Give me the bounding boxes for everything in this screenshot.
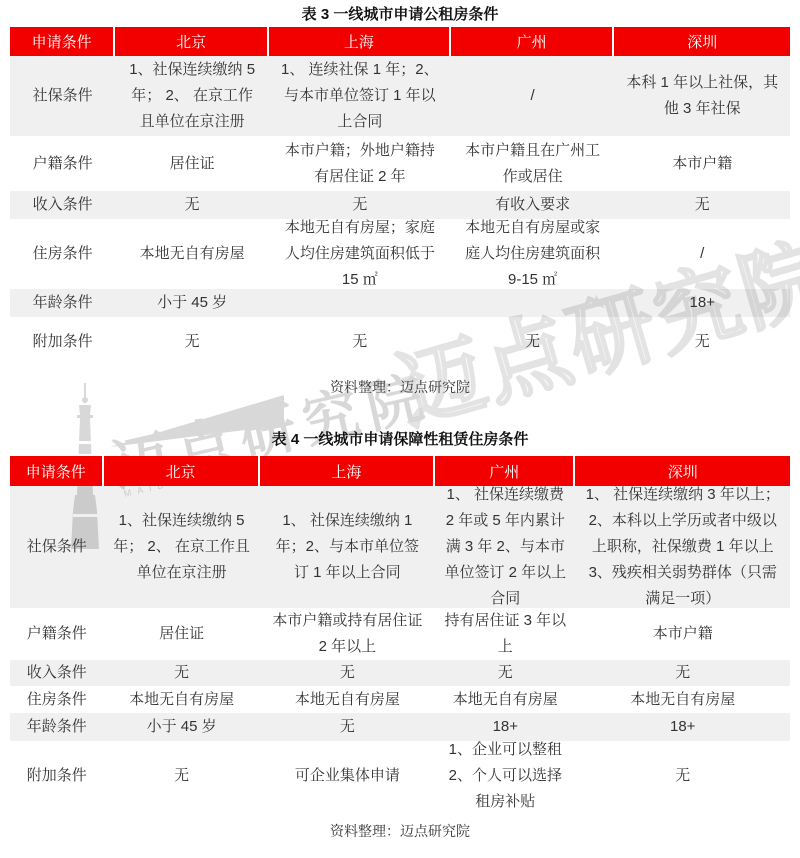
table-cell: 无 xyxy=(104,741,260,811)
table-3-title: 表 3 一线城市申请公租房条件 xyxy=(10,6,790,24)
table-cell: 无 xyxy=(115,191,269,219)
table-cell: 居住证 xyxy=(104,608,260,660)
table-cell: 无 xyxy=(115,317,269,367)
table-cell: 居住证 xyxy=(115,136,269,191)
table-cell: 本地无自有房屋；家庭人均住房建筑面积低于 15 ㎡ xyxy=(269,219,451,289)
table-cell: 本地无自有房屋或家庭人均住房建筑面积 9-15 ㎡ xyxy=(451,219,615,289)
column-header: 深圳 xyxy=(614,27,790,56)
table-cell: 本市户籍；外地户籍持有居住证 2 年 xyxy=(269,136,451,191)
row-label: 住房条件 xyxy=(10,219,115,289)
table-cell: 本科 1 年以上社保，其他 3 年社保 xyxy=(614,56,790,136)
column-header: 上海 xyxy=(260,456,436,486)
table-cell xyxy=(269,289,451,317)
table-cell: 无 xyxy=(614,317,790,367)
table-4-source: 资料整理：迈点研究院 xyxy=(10,811,790,841)
row-label: 社保条件 xyxy=(10,486,104,608)
table-cell: 1、 连续社保 1 年；2、 与本市单位签订 1 年以上合同 xyxy=(269,56,451,136)
table-cell: 本地无自有房屋 xyxy=(575,686,790,713)
row-label: 社保条件 xyxy=(10,56,115,136)
row-label: 户籍条件 xyxy=(10,608,104,660)
table-cell: 1、 社保连续缴纳 3 年以上； 2、本科以上学历或者中级以上职称，社保缴费 1… xyxy=(575,486,790,608)
table-cell: 无 xyxy=(575,660,790,686)
table-cell: 无 xyxy=(575,741,790,811)
table-4-title: 表 4 一线城市申请保障性租赁住房条件 xyxy=(10,431,790,449)
table-cell: 小于 45 岁 xyxy=(104,713,260,741)
column-header: 申请条件 xyxy=(10,456,104,486)
table-cell: 18+ xyxy=(614,289,790,317)
table-cell: 本地无自有房屋 xyxy=(260,686,436,713)
table-cell: 1、社保连续缴纳 5 年； 2、 在京工作且单位在京注册 xyxy=(115,56,269,136)
table-cell: 无 xyxy=(614,191,790,219)
table-cell: 本地无自有房屋 xyxy=(435,686,575,713)
column-header: 申请条件 xyxy=(10,27,115,56)
row-label: 年龄条件 xyxy=(10,289,115,317)
table-cell: 无 xyxy=(260,713,436,741)
table-cell: 本市户籍 xyxy=(575,608,790,660)
table-cell: 本市户籍或持有居住证 2 年以上 xyxy=(260,608,436,660)
table-cell xyxy=(451,289,615,317)
table-cell: 1、 社保连续缴纳 1 年；2、与本市单位签订 1 年以上合同 xyxy=(260,486,436,608)
report-page: 迈点研究院 迈点研究院 MAIDIAN 表 3 一线城市申请公租房条件 申请条件… xyxy=(0,0,800,858)
table-cell: 本市户籍且在广州工作或居住 xyxy=(451,136,615,191)
column-header: 北京 xyxy=(115,27,269,56)
table-3-source: 资料整理：迈点研究院 xyxy=(10,367,790,397)
document-body: 表 3 一线城市申请公租房条件 申请条件北京上海广州深圳社保条件1、社保连续缴纳… xyxy=(0,6,800,841)
table-cell: / xyxy=(451,56,615,136)
row-label: 附加条件 xyxy=(10,741,104,811)
table-cell: 无 xyxy=(435,660,575,686)
row-label: 户籍条件 xyxy=(10,136,115,191)
column-header: 广州 xyxy=(451,27,615,56)
table-4: 申请条件北京上海广州深圳社保条件1、社保连续缴纳 5 年； 2、 在京工作且单位… xyxy=(10,456,790,811)
row-label: 收入条件 xyxy=(10,660,104,686)
table-cell: 无 xyxy=(260,660,436,686)
table-cell: 无 xyxy=(269,317,451,367)
column-header: 北京 xyxy=(104,456,260,486)
row-label: 年龄条件 xyxy=(10,713,104,741)
table-cell: 无 xyxy=(451,317,615,367)
table-cell: 1、 社保连续缴费 2 年或 5 年内累计满 3 年 2、与本市单位签订 2 年… xyxy=(435,486,575,608)
row-label: 住房条件 xyxy=(10,686,104,713)
table-cell: / xyxy=(614,219,790,289)
column-header: 上海 xyxy=(269,27,451,56)
row-label: 附加条件 xyxy=(10,317,115,367)
table-cell: 1、社保连续缴纳 5 年； 2、 在京工作且单位在京注册 xyxy=(104,486,260,608)
row-label: 收入条件 xyxy=(10,191,115,219)
table-cell: 本地无自有房屋 xyxy=(115,219,269,289)
table-cell: 可企业集体申请 xyxy=(260,741,436,811)
table-3: 申请条件北京上海广州深圳社保条件1、社保连续缴纳 5 年； 2、 在京工作且单位… xyxy=(10,27,790,367)
table-cell: 本地无自有房屋 xyxy=(104,686,260,713)
table-cell: 18+ xyxy=(575,713,790,741)
table-cell: 1、企业可以整租 2、个人可以选择租房补贴 xyxy=(435,741,575,811)
table-cell: 本市户籍 xyxy=(614,136,790,191)
table-cell: 无 xyxy=(104,660,260,686)
table-cell: 持有居住证 3 年以上 xyxy=(435,608,575,660)
table-cell: 小于 45 岁 xyxy=(115,289,269,317)
